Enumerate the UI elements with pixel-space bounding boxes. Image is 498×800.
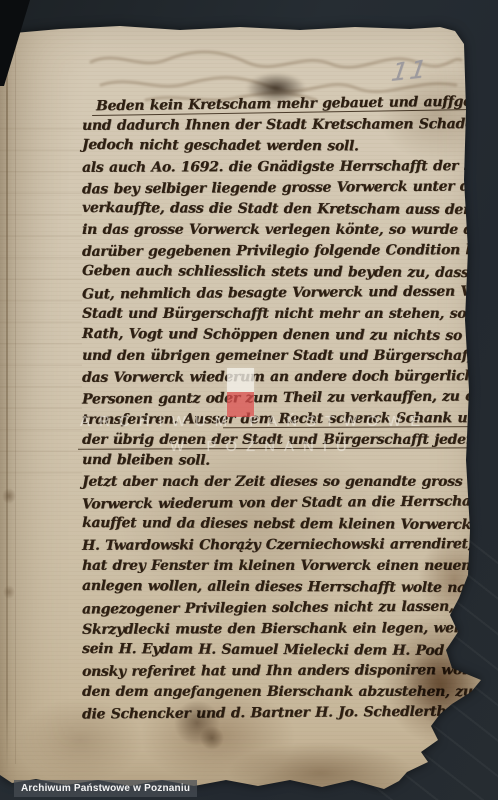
- manuscript-line: den dem angefangenen Bierschank abzusteh…: [82, 682, 474, 703]
- archive-caption-text: Archiwum Państwowe w Poznaniu: [21, 783, 190, 794]
- manuscript-line: hat drey Fenster im kleinen Vorwerck ein…: [82, 556, 474, 577]
- manuscript-page: Beden kein Kretscham mehr gebauet und au…: [0, 0, 498, 800]
- manuscript-text: Beden kein Kretscham mehr gebauet und au…: [82, 94, 474, 724]
- manuscript-line: und den übrigen gemeiner Stadt und Bürge…: [82, 346, 474, 367]
- margin-ruling: [0, 108, 82, 488]
- manuscript-line: die Schencker und d. Bartner H. Jo. Sche…: [82, 701, 474, 725]
- manuscript-line: kauffet und da dieses nebst dem kleinen …: [82, 513, 474, 536]
- manuscript-line: als auch Ao. 1692. die Gnädigste Herrsch…: [82, 156, 474, 179]
- flag-white-stripe: [227, 368, 254, 392]
- manuscript-line: Skrzydlecki muste den Bierschank ein leg…: [82, 618, 474, 641]
- manuscript-line: Jedoch nicht geschadet werden soll.: [82, 135, 474, 158]
- watermark-text-line2: W POZNANIU: [170, 438, 356, 455]
- manuscript-line: das bey selbiger liegende grosse Vorwerc…: [82, 176, 474, 200]
- manuscript-line: und dadurch Ihnen der Stadt Kretschamen …: [82, 114, 474, 137]
- manuscript-line: Jetzt aber nach der Zeit dieses so genan…: [82, 472, 474, 493]
- paper-sheet-wrap: Beden kein Kretscham mehr gebauet und au…: [0, 0, 498, 800]
- manuscript-line: Stadt und Bürgerschafft nicht mehr an st…: [82, 304, 474, 325]
- archive-caption-bar: Archiwum Państwowe w Poznaniu: [14, 780, 197, 797]
- manuscript-line: anlegen wollen, allein dieses Herrschaff…: [82, 576, 474, 599]
- manuscript-line: Vorwerck wiederum von der Stadt an die H…: [82, 491, 474, 515]
- manuscript-line: Gut, nehmlich das besagte Vorwerck und d…: [82, 281, 474, 305]
- manuscript-line: darüber gegebenen Privilegio folgende Co…: [82, 240, 474, 263]
- folio-number: 11: [390, 54, 431, 87]
- manuscript-line: H. Twardowski Chorąży Czerniechowski arr…: [82, 534, 474, 557]
- archive-logo-flag: [227, 368, 254, 417]
- manuscript-line: Personen gantz oder zum Theil zu verkauf…: [82, 386, 474, 410]
- manuscript-line: verkauffte, dass die Stadt den Kretscham…: [82, 198, 474, 221]
- manuscript-line: Geben auch schliesslich stets und beyden…: [82, 261, 474, 284]
- manuscript-line: onsky referiret hat und Ihn anders dispo…: [82, 660, 474, 683]
- manuscript-scan: Beden kein Kretscham mehr gebauet und au…: [0, 0, 498, 800]
- manuscript-line: in das grosse Vorwerck verlegen könte, s…: [82, 220, 474, 241]
- manuscript-line: sein H. Eydam H. Samuel Mielecki dem H. …: [82, 639, 474, 662]
- manuscript-line: Rath, Vogt und Schöppen denen und zu nic…: [82, 324, 474, 347]
- manuscript-line: das Vorwerck wiederum an andere doch bür…: [82, 366, 474, 389]
- watermark-text-line1: ARCHIWUM PAŃSTWOWE: [80, 413, 429, 430]
- manuscript-line: angezogener Privilegien solches nicht zu…: [82, 596, 474, 620]
